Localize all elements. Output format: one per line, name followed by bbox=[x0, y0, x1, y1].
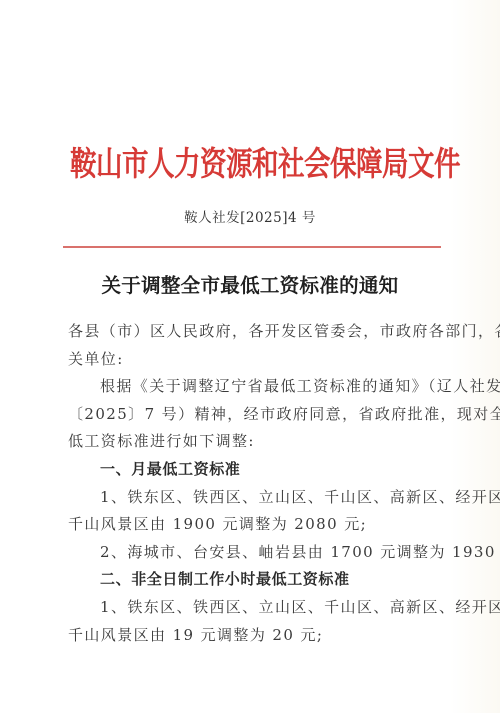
section-heading-hourly-minimum-wage: 二、非全日制工作小时最低工资标准 bbox=[68, 566, 428, 594]
notice-title: 关于调整全市最低工资标准的通知 bbox=[0, 270, 500, 298]
salutation-line-2: 关单位: bbox=[68, 346, 428, 374]
document-number: 鞍人社发[2025]4 号 bbox=[0, 206, 500, 226]
section-2-item-1-line-1: 1、铁东区、铁西区、立山区、千山区、高新区、经开区、 bbox=[68, 594, 428, 622]
intro-line-1: 根据《关于调整辽宁省最低工资标准的通知》（辽人社发 bbox=[68, 373, 428, 401]
red-divider-rule bbox=[63, 246, 441, 248]
section-heading-monthly-minimum-wage: 一、月最低工资标准 bbox=[68, 456, 428, 484]
salutation-line-1: 各县（市）区人民政府，各开发区管委会，市政府各部门，各有 bbox=[68, 318, 428, 346]
intro-line-3: 低工资标准进行如下调整: bbox=[68, 428, 428, 456]
notice-body: 各县（市）区人民政府，各开发区管委会，市政府各部门，各有 关单位: 根据《关于调… bbox=[68, 318, 428, 649]
intro-line-2: 〔2025〕7 号）精神，经市政府同意，省政府批准，现对全市最 bbox=[68, 401, 428, 429]
section-1-item-1-line-1: 1、铁东区、铁西区、立山区、千山区、高新区、经开区、 bbox=[68, 484, 428, 512]
section-2-item-1-line-2: 千山风景区由 19 元调整为 20 元; bbox=[68, 622, 428, 650]
section-1-item-1-line-2: 千山风景区由 1900 元调整为 2080 元; bbox=[68, 511, 428, 539]
issuer-header-title: 鞍山市人力资源和社会保障局文件 bbox=[70, 136, 435, 194]
document-page: 鞍山市人力资源和社会保障局文件 鞍人社发[2025]4 号 关于调整全市最低工资… bbox=[0, 0, 500, 713]
section-1-item-2-line-1: 2、海城市、台安县、岫岩县由 1700 元调整为 1930 元。 bbox=[68, 539, 428, 567]
